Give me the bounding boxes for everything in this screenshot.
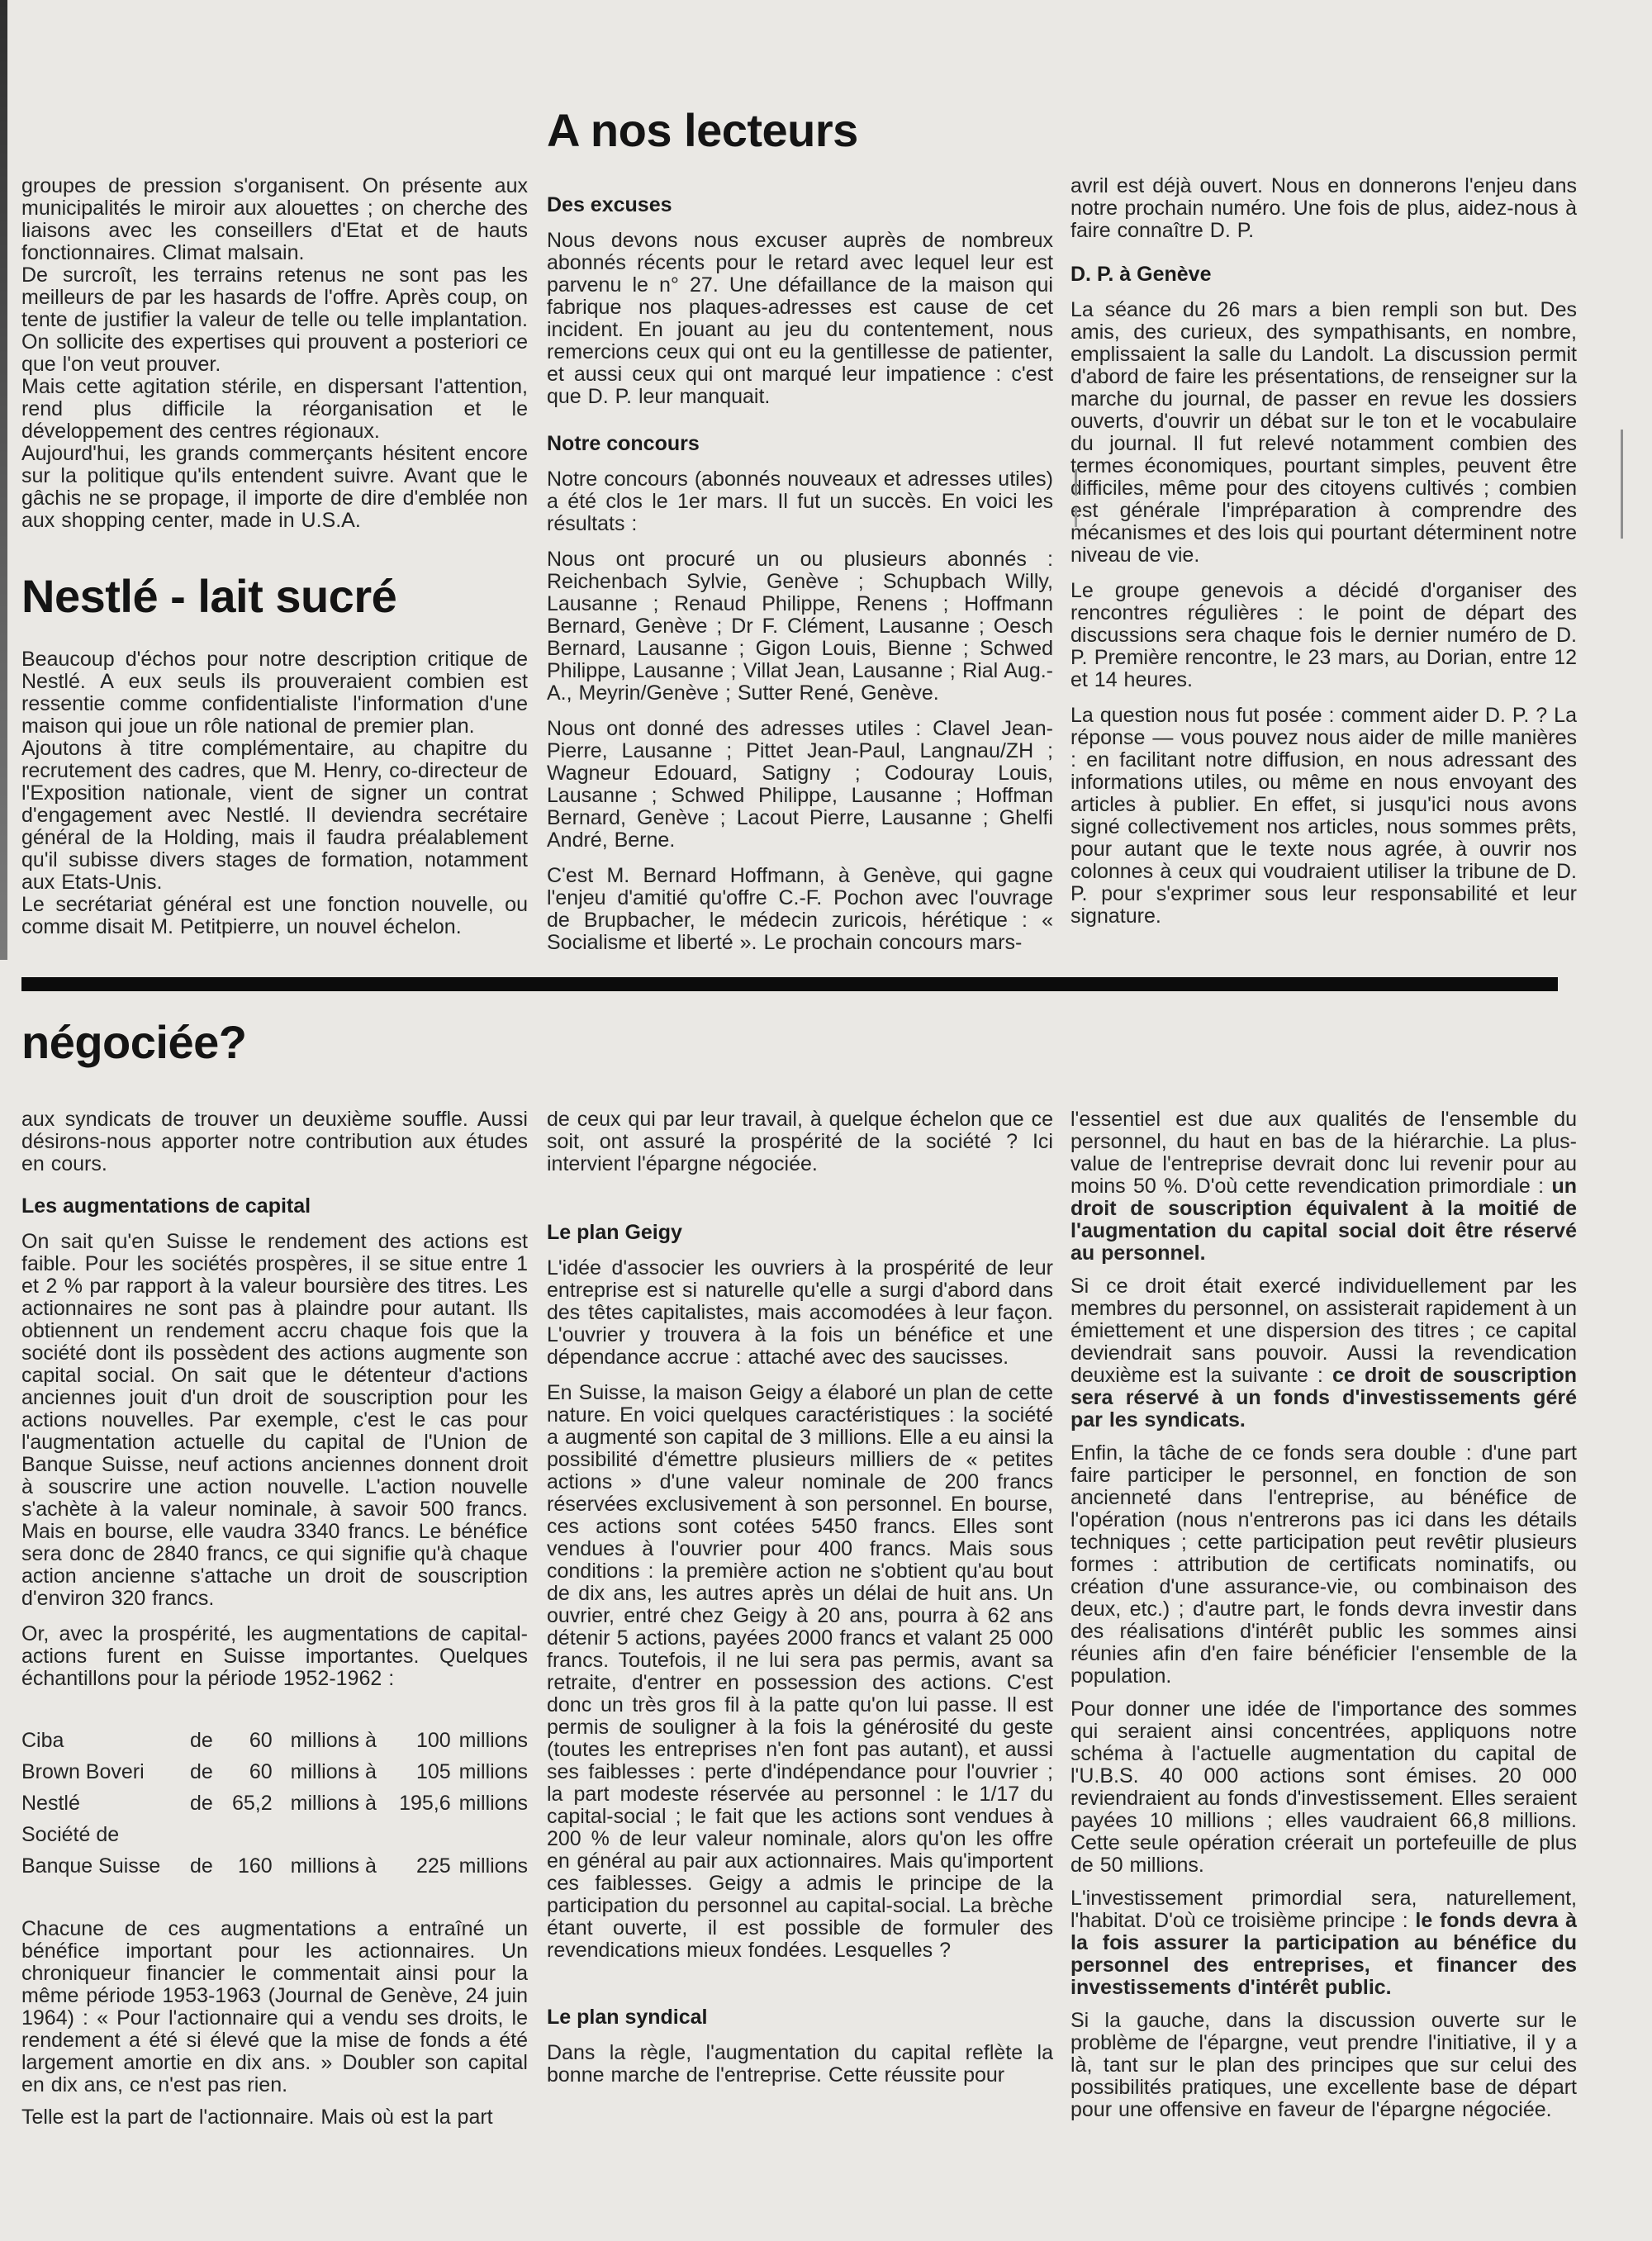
word-de: de [190, 1725, 227, 1756]
value-from: 60 [227, 1725, 280, 1756]
text-run: Si la gauche, dans la discussion ouverte… [1070, 2009, 1577, 2121]
article-paragraphs: La séance du 26 mars a bien rempli son b… [1070, 299, 1577, 928]
word-millions: millions [459, 1725, 528, 1756]
article-paragraphs: Notre concours (abonnés nouveaux et adre… [547, 468, 1053, 954]
article-column-bottom-left: aux syndicats de trouver un deuxième sou… [21, 1109, 528, 2139]
article-paragraphs: groupes de pression s'organisent. On pré… [21, 175, 528, 532]
article-paragraphs: Nous devons nous excuser auprès de nombr… [547, 230, 1053, 408]
company-name: Société de [21, 1819, 207, 1850]
value-from: 65,2 [227, 1788, 280, 1819]
article-column-bottom-right: l'essentiel est due aux qualités de l'en… [1070, 1109, 1577, 2132]
value-from: 160 [227, 1850, 280, 1882]
table-row: Banque Suissede160millions à225millions [21, 1850, 528, 1882]
table-row: Brown Boveride60millions à105millions [21, 1756, 528, 1788]
company-name: Nestlé [21, 1788, 190, 1819]
scan-edge-strip [0, 0, 7, 960]
article-paragraph: C'est M. Bernard Hoffmann, à Genève, qui… [547, 865, 1053, 954]
article-paragraph: Pour donner une idée de l'importance des… [1070, 1698, 1577, 1877]
word-de: de [190, 1850, 227, 1882]
value-to [430, 1819, 501, 1850]
company-name: Brown Boveri [21, 1756, 190, 1788]
scan-artifact-dash [1075, 507, 1077, 527]
article-paragraphs: L'idée d'associer les ouvriers à la pros… [547, 1257, 1053, 1962]
article-column-middle: A nos lecteurs Des excuses Nous devons n… [547, 106, 1053, 964]
company-name: Ciba [21, 1725, 190, 1756]
section-heading-plan-geigy: Le plan Geigy [547, 1222, 1053, 1244]
company-name: Banque Suisse [21, 1850, 190, 1882]
value-to: 105 [394, 1756, 459, 1788]
article-paragraphs: Beaucoup d'échos pour notre description … [21, 648, 528, 938]
article-paragraph: Chacune de ces augmentations a entraîné … [21, 1918, 528, 2096]
word-millions-a: millions à [281, 1850, 394, 1882]
article-paragraphs: avril est déjà ouvert. Nous en donnerons… [1070, 175, 1577, 242]
value-to: 195,6 [394, 1788, 459, 1819]
value-to: 225 [394, 1850, 459, 1882]
article-paragraph: Si la gauche, dans la discussion ouverte… [1070, 2010, 1577, 2121]
article-paragraph: Le secrétariat général est une fonction … [21, 894, 528, 938]
article-title-nestle: Nestlé - lait sucré [21, 572, 528, 620]
article-paragraph: groupes de pression s'organisent. On pré… [21, 175, 528, 264]
text-run: Pour donner une idée de l'importance des… [1070, 1697, 1577, 1877]
table-row: Cibade60millions à100millions [21, 1725, 528, 1756]
article-paragraphs: Dans la règle, l'augmentation du capital… [547, 2042, 1053, 2087]
section-heading-notre-concours: Notre concours [547, 433, 1053, 455]
value-from [249, 1819, 306, 1850]
text-run: Enfin, la tâche de ce fonds sera double … [1070, 1441, 1577, 1688]
capital-increase-table: Cibade60millions à100millionsBrown Bover… [21, 1725, 528, 1882]
word-millions-a: millions à [281, 1788, 394, 1819]
article-paragraph: Nous devons nous excuser auprès de nombr… [547, 230, 1053, 408]
word-millions [501, 1819, 528, 1850]
article-paragraph: La question nous fut posée : comment aid… [1070, 705, 1577, 928]
scan-artifact-line [1621, 430, 1623, 539]
article-paragraph: L'idée d'associer les ouvriers à la pros… [547, 1257, 1053, 1369]
article-paragraph: Ajoutons à titre complémentaire, au chap… [21, 738, 528, 894]
word-millions-a [306, 1819, 430, 1850]
article-paragraph: Nous ont procuré un ou plusieurs abonnés… [547, 548, 1053, 705]
section-heading-dp-a-geneve: D. P. à Genève [1070, 264, 1577, 286]
article-paragraph: Nous ont donné des adresses utiles : Cla… [547, 718, 1053, 852]
article-paragraphs: l'essentiel est due aux qualités de l'en… [1070, 1109, 1577, 2121]
article-paragraph: aux syndicats de trouver un deuxième sou… [21, 1109, 528, 1175]
word-de: de [190, 1756, 227, 1788]
article-paragraph: Or, avec la prospérité, les augmentation… [21, 1623, 528, 1690]
article-paragraph: L'investissement primordial sera, nature… [1070, 1887, 1577, 1999]
article-paragraph: Beaucoup d'échos pour notre description … [21, 648, 528, 738]
word-millions: millions [459, 1788, 528, 1819]
article-column-bottom-middle: de ceux qui par leur travail, à quelque … [547, 1109, 1053, 2087]
article-paragraph: De surcroît, les terrains retenus ne son… [21, 264, 528, 376]
word-de [207, 1819, 249, 1850]
section-heading-augmentations-capital: Les augmentations de capital [21, 1195, 528, 1218]
table-row: Société de [21, 1819, 528, 1850]
word-millions: millions [459, 1850, 528, 1882]
section-heading-des-excuses: Des excuses [547, 194, 1053, 216]
article-paragraph: l'essentiel est due aux qualités de l'en… [1070, 1109, 1577, 1265]
table-row: Nestléde65,2millions à195,6millions [21, 1788, 528, 1819]
article-paragraph: Dans la règle, l'augmentation du capital… [547, 2042, 1053, 2087]
article-title-negociee: négociée? [21, 1018, 246, 1066]
article-paragraph: La séance du 26 mars a bien rempli son b… [1070, 299, 1577, 567]
article-paragraph: Enfin, la tâche de ce fonds sera double … [1070, 1442, 1577, 1688]
section-divider-bar [21, 977, 1558, 991]
text-run: l'essentiel est due aux qualités de l'en… [1070, 1108, 1577, 1198]
word-millions-a: millions à [281, 1725, 394, 1756]
article-paragraph: avril est déjà ouvert. Nous en donnerons… [1070, 175, 1577, 242]
word-millions-a: millions à [281, 1756, 394, 1788]
word-de: de [190, 1788, 227, 1819]
article-paragraph: On sait qu'en Suisse le rendement des ac… [21, 1231, 528, 1610]
article-paragraph: de ceux qui par leur travail, à quelque … [547, 1109, 1053, 1175]
article-paragraph: Aujourd'hui, les grands commerçants hési… [21, 443, 528, 532]
article-title-a-nos-lecteurs: A nos lecteurs [547, 106, 1053, 154]
article-paragraph: Mais cette agitation stérile, en dispers… [21, 376, 528, 443]
article-paragraph: En Suisse, la maison Geigy a élaboré un … [547, 1382, 1053, 1962]
article-paragraphs: On sait qu'en Suisse le rendement des ac… [21, 1231, 528, 1690]
article-paragraphs: Chacune de ces augmentations a entraîné … [21, 1918, 528, 2129]
word-millions: millions [459, 1756, 528, 1788]
article-paragraph: Si ce droit était exercé individuellemen… [1070, 1275, 1577, 1431]
article-paragraph: Le groupe genevois a décidé d'organiser … [1070, 580, 1577, 691]
scan-artifact-dash [1075, 469, 1077, 496]
article-paragraphs: de ceux qui par leur travail, à quelque … [547, 1109, 1053, 1175]
article-column-right: avril est déjà ouvert. Nous en donnerons… [1070, 175, 1577, 938]
article-paragraph: Notre concours (abonnés nouveaux et adre… [547, 468, 1053, 535]
value-to: 100 [394, 1725, 459, 1756]
value-from: 60 [227, 1756, 280, 1788]
article-column-left: groupes de pression s'organisent. On pré… [21, 175, 528, 938]
article-paragraphs: aux syndicats de trouver un deuxième sou… [21, 1109, 528, 1175]
article-paragraph: Telle est la part de l'actionnaire. Mais… [21, 2106, 528, 2129]
section-heading-plan-syndical: Le plan syndical [547, 2006, 1053, 2029]
newspaper-page: groupes de pression s'organisent. On pré… [0, 0, 1652, 2241]
